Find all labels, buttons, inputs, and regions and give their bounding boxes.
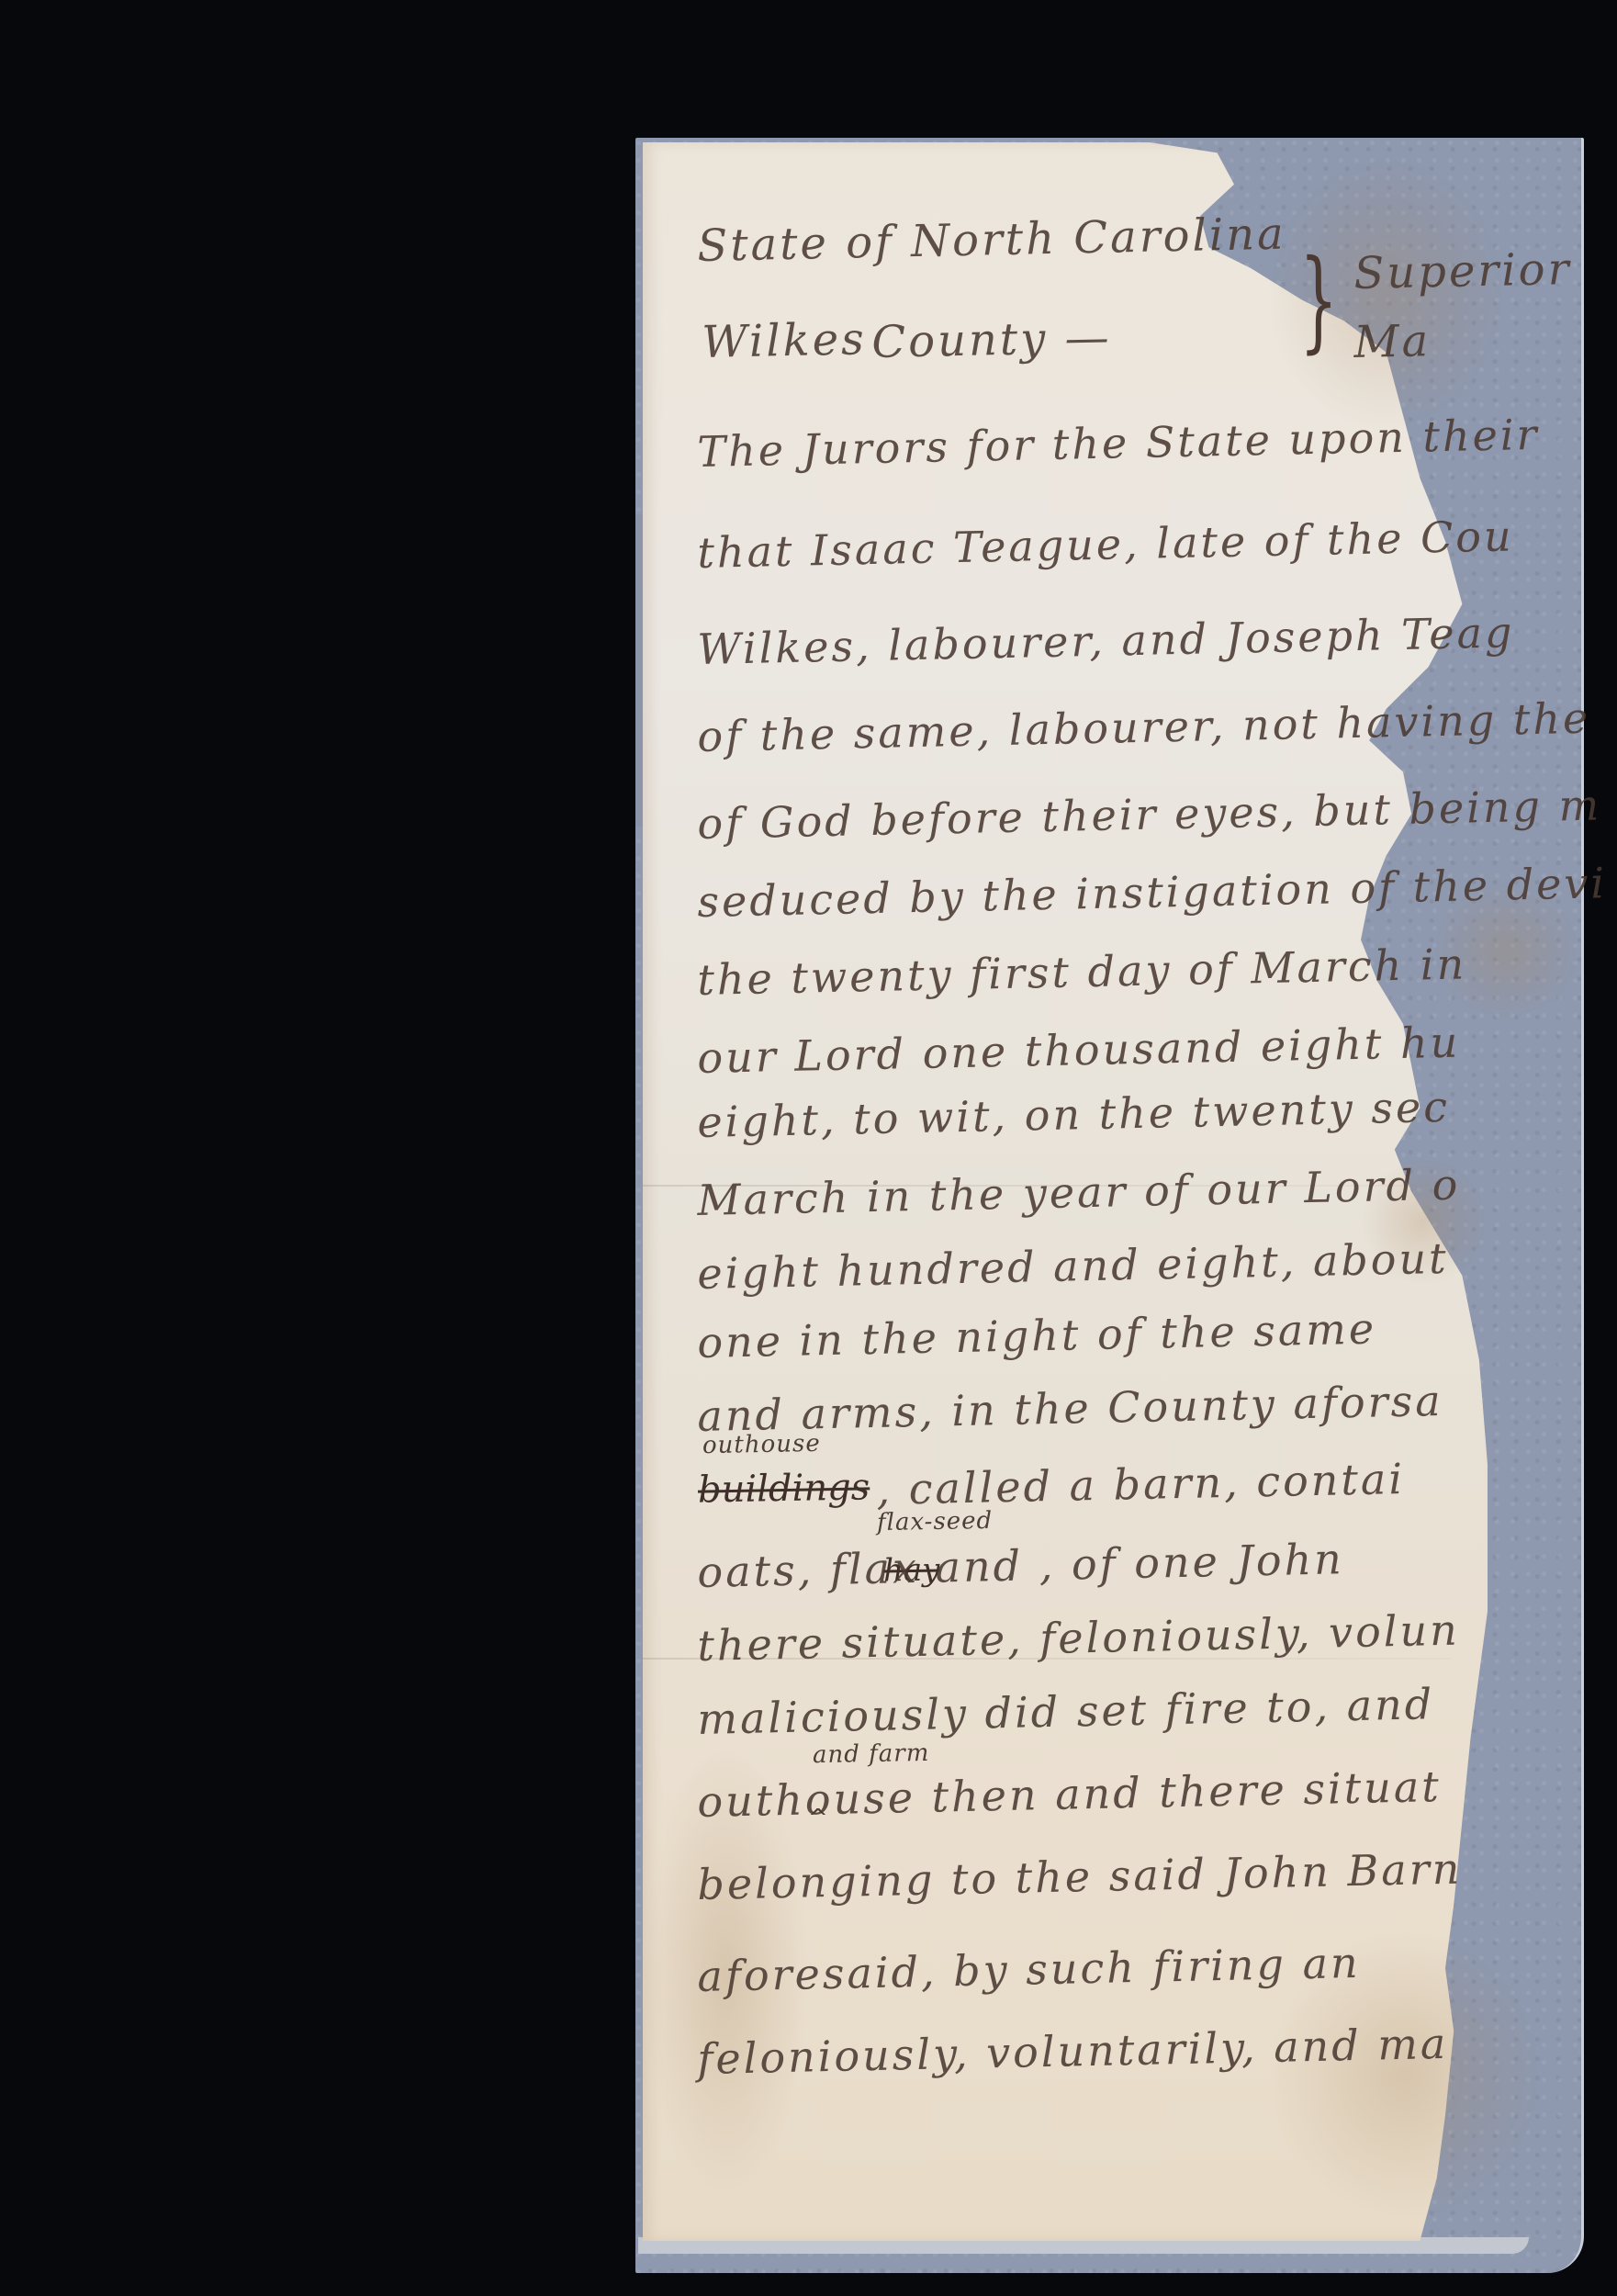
inserted-word: outhouse: [702, 1430, 821, 1459]
body-line: oats, flax and , of one John: [697, 1534, 1344, 1597]
body-line: there situate, feloniously, volun: [697, 1605, 1460, 1671]
inserted-word: flax-seed: [877, 1507, 994, 1536]
struck-word: buildings: [698, 1466, 870, 1511]
body-line: eight, to wit, on the twenty sec: [697, 1082, 1451, 1147]
body-line: outhouse then and there situat: [697, 1761, 1442, 1827]
body-line: our Lord one thousand eight hu: [697, 1018, 1461, 1083]
body-line: that Isaac Teague, late of the Cou: [697, 511, 1514, 578]
header-term: Ma: [1353, 315, 1432, 368]
body-line: March in the year of our Lord o: [697, 1160, 1461, 1225]
body-line: The Jurors for the State upon their: [697, 410, 1540, 477]
body-line: maliciously did set fire to, and: [697, 1679, 1435, 1744]
body-line: of the same, labourer, not having the: [697, 693, 1591, 761]
body-line: eight hundred and eight, about: [697, 1233, 1449, 1299]
manuscript-text: State of North Carolina Superior Wilkes …: [0, 0, 1617, 2296]
header-county-name: Wilkes: [702, 313, 867, 368]
body-line: feloniously, voluntarily, and ma: [697, 2019, 1449, 2084]
body-line: the twenty first day of March in: [697, 939, 1467, 1005]
body-line: of God before their eyes, but being m: [697, 780, 1602, 849]
body-line: Wilkes, labourer, and Joseph Teag: [697, 607, 1515, 674]
header-county-label: County —: [871, 312, 1112, 368]
body-line: , called a barn, contai: [876, 1454, 1406, 1514]
inserted-word: and farm: [813, 1739, 930, 1769]
body-line: aforesaid, by such firing an: [697, 1938, 1361, 2001]
body-line: one in the night of the same: [697, 1304, 1377, 1367]
body-line: belonging to the said John Barn: [697, 1844, 1463, 1909]
brace-symbol: }: [1299, 246, 1338, 356]
body-line: seduced by the instigation of the devi: [697, 858, 1608, 927]
header-state: State of North Carolina: [697, 208, 1286, 272]
header-court: Superior: [1353, 243, 1572, 299]
